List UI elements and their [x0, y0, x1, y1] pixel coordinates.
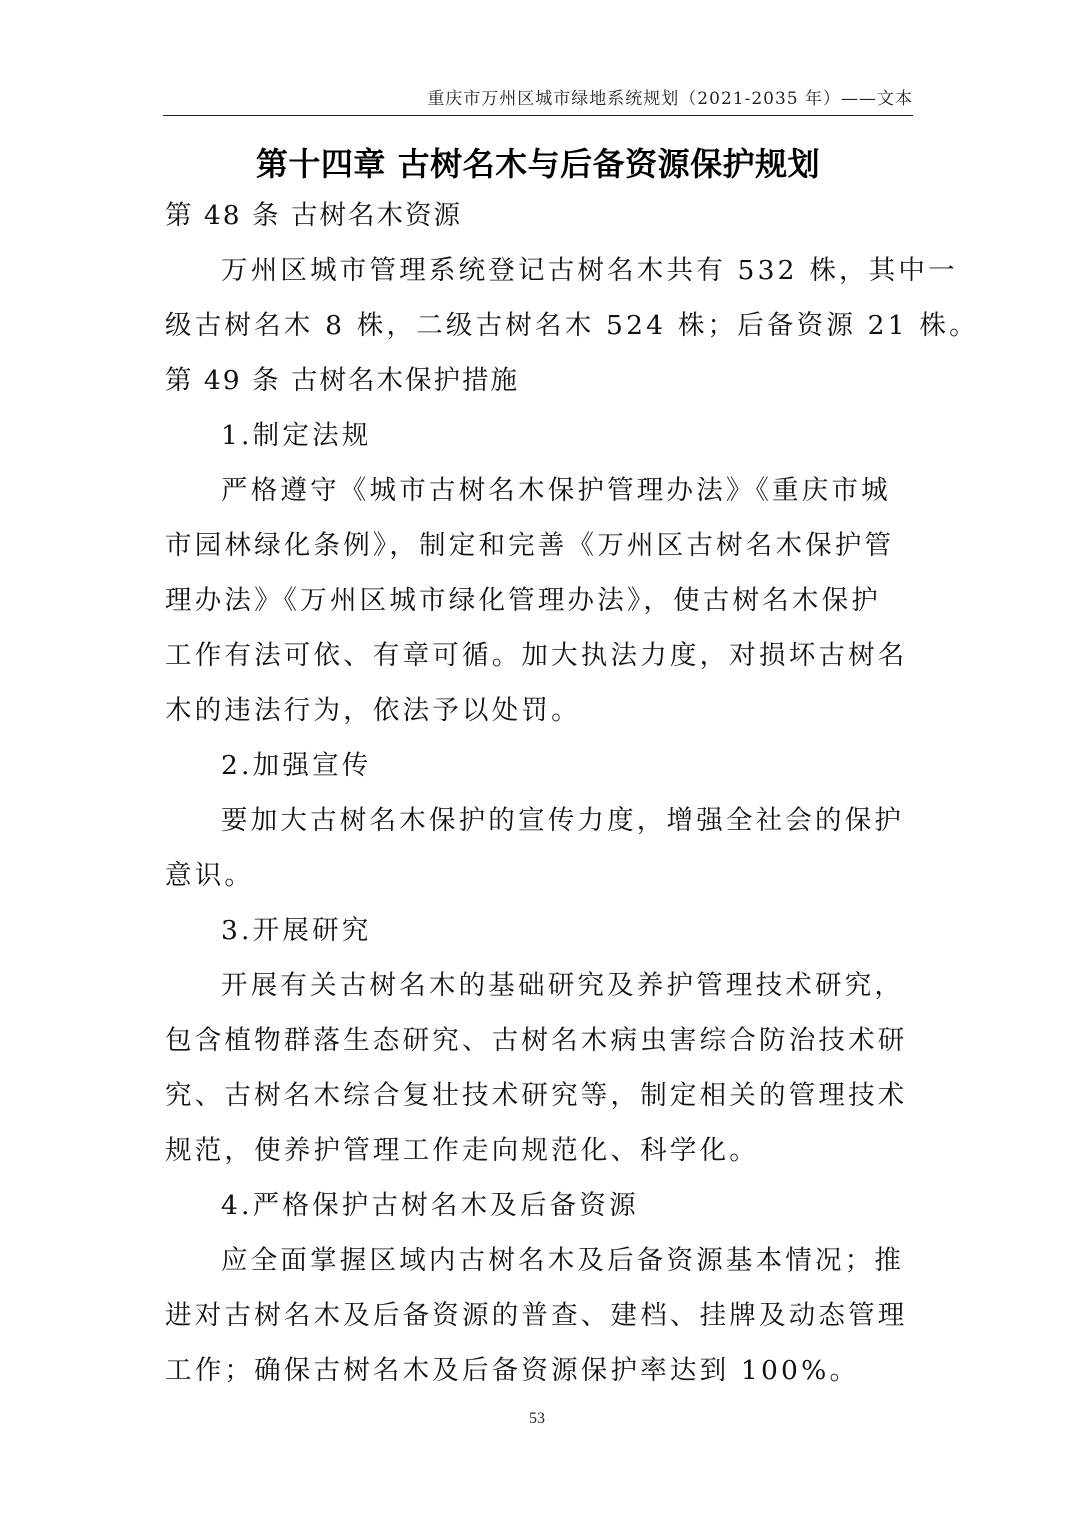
section-1-paragraph-line: 理办法》《万州区城市绿化管理办法》，使古树名木保护 — [165, 583, 915, 619]
section-4-paragraph-line: 应全面掌握区域内古树名木及后备资源基本情况；推 — [221, 1243, 971, 1279]
section-4-paragraph-line: 工作；确保古树名木及后备资源保护率达到 100%。 — [165, 1353, 915, 1389]
article-48-paragraph-line: 级古树名木 8 株，二级古树名木 524 株；后备资源 21 株。 — [165, 308, 915, 344]
header-divider — [163, 115, 913, 116]
chapter-title: 第十四章 古树名木与后备资源保护规划 — [163, 142, 913, 186]
section-3-paragraph-line: 开展有关古树名木的基础研究及养护管理技术研究， — [221, 968, 971, 1004]
section-2-paragraph-line: 要加大古树名木保护的宣传力度，增强全社会的保护 — [221, 803, 971, 839]
running-header: 重庆市万州区城市绿地系统规划（2021-2035 年）——文本 — [163, 88, 913, 110]
section-3-paragraph-line: 规范，使养护管理工作走向规范化、科学化。 — [165, 1133, 915, 1169]
article-48-paragraph-line: 万州区城市管理系统登记古树名木共有 532 株，其中一 — [221, 253, 971, 289]
section-2-paragraph-line: 意识。 — [165, 858, 915, 894]
document-page: 重庆市万州区城市绿地系统规划（2021-2035 年）——文本 第十四章 古树名… — [0, 0, 1074, 1520]
page-number: 53 — [0, 1410, 1074, 1428]
article-49-heading: 第 49 条 古树名木保护措施 — [165, 363, 915, 399]
article-48-heading: 第 48 条 古树名木资源 — [165, 198, 915, 234]
section-3-title: 3.开展研究 — [221, 913, 971, 949]
section-1-paragraph-line: 严格遵守《城市古树名木保护管理办法》《重庆市城 — [221, 473, 971, 509]
section-2-title: 2.加强宣传 — [221, 748, 971, 784]
section-3-paragraph-line: 包含植物群落生态研究、古树名木病虫害综合防治技术研 — [165, 1023, 915, 1059]
section-3-paragraph-line: 究、古树名木综合复壮技术研究等，制定相关的管理技术 — [165, 1078, 915, 1114]
section-1-paragraph-line: 木的违法行为，依法予以处罚。 — [165, 693, 915, 729]
section-1-paragraph-line: 工作有法可依、有章可循。加大执法力度，对损坏古树名 — [165, 638, 915, 674]
section-4-title: 4.严格保护古树名木及后备资源 — [221, 1188, 971, 1224]
section-4-paragraph-line: 进对古树名木及后备资源的普查、建档、挂牌及动态管理 — [165, 1298, 915, 1334]
section-1-title: 1.制定法规 — [221, 418, 971, 454]
section-1-paragraph-line: 市园林绿化条例》，制定和完善《万州区古树名木保护管 — [165, 528, 915, 564]
